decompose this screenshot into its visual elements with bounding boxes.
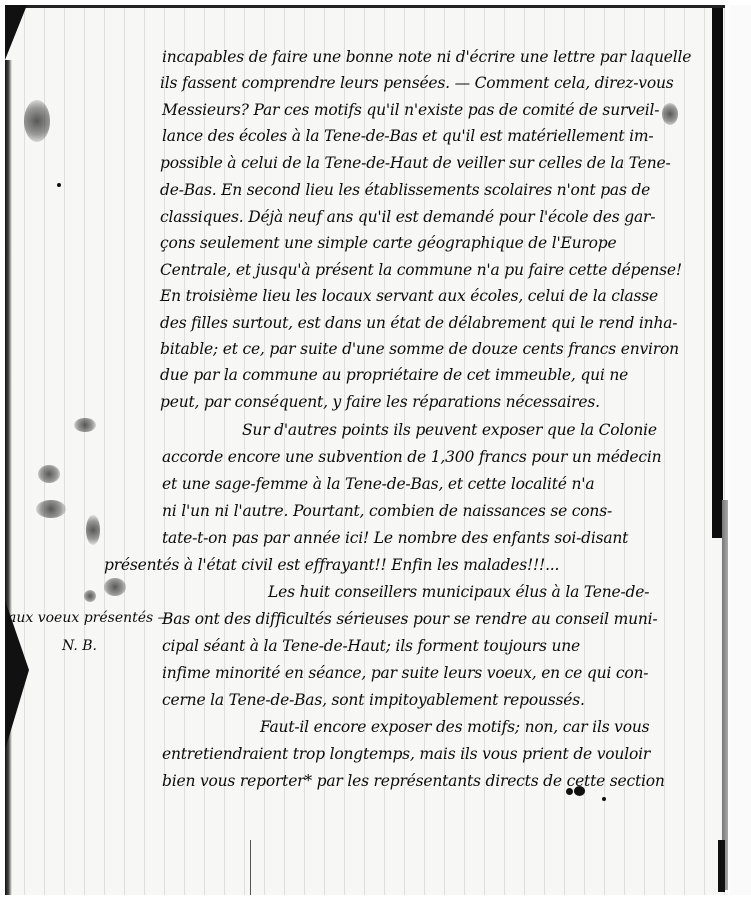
- text-line: présentés à l'état civil est effrayant!!…: [104, 550, 559, 580]
- ink-stain: [104, 578, 126, 596]
- text-line: possible à celui de la Tene-de-Haut de v…: [160, 148, 671, 178]
- text-line: peut, par conséquent, y faire les répara…: [160, 387, 600, 417]
- page-corner-shadow: [5, 5, 27, 60]
- ink-stain: [74, 418, 96, 432]
- right-edge-shadow: [712, 8, 723, 538]
- text-line: Les huit conseillers municipaux élus à l…: [268, 577, 649, 607]
- ink-stain: [38, 465, 60, 483]
- text-line: bien vous reporter* par les représentant…: [162, 766, 665, 796]
- ink-blot: [57, 183, 61, 187]
- text-line: Faut-il encore exposer des motifs; non, …: [260, 712, 649, 742]
- text-line: En troisième lieu les locaux servant aux…: [160, 281, 658, 311]
- text-line: cerne la Tene-de-Bas, sont impitoyableme…: [162, 685, 585, 715]
- text-line: cipal séant à la Tene-de-Haut; ils forme…: [162, 631, 580, 661]
- text-line: due par la commune au propriétaire de ce…: [160, 360, 628, 390]
- text-line: tate-t-on pas par année ici! Le nombre d…: [162, 523, 628, 553]
- text-line: ni l'un ni l'autre. Pourtant, combien de…: [162, 496, 612, 526]
- text-line: et une sage-femme à la Tene-de-Bas, et c…: [162, 469, 594, 499]
- ink-stain: [24, 100, 50, 142]
- right-edge-foot-shadow: [718, 840, 725, 892]
- right-edge-gutter: [722, 500, 728, 890]
- text-line: accorde encore une subvention de 1,300 f…: [162, 442, 661, 472]
- text-line: ils fassent comprendre leurs pensées. — …: [160, 68, 674, 98]
- text-line: entretiendraient trop longtemps, mais il…: [162, 739, 650, 769]
- scan-margin-strip: [730, 5, 751, 895]
- text-line: infime minorité en séance, par suite leu…: [162, 658, 648, 688]
- ink-stain: [86, 515, 100, 545]
- text-line: çons seulement une simple carte géograph…: [160, 228, 616, 258]
- ink-stain: [84, 590, 96, 602]
- text-line: de-Bas. En second lieu les établissement…: [160, 175, 650, 205]
- ink-stain: [662, 103, 678, 125]
- margin-note: aux voeux présentés —: [8, 610, 172, 626]
- margin-note-nb: N. B.: [62, 638, 97, 654]
- left-binding-edge: [5, 60, 12, 895]
- text-line: Bas ont des difficultés sérieuses pour s…: [162, 604, 657, 634]
- ink-blot: [602, 797, 606, 801]
- text-line: lance des écoles à la Tene-de-Bas et qu'…: [162, 121, 653, 151]
- fold-line: [250, 840, 251, 895]
- ink-stain: [36, 500, 66, 518]
- text-line: Sur d'autres points ils peuvent exposer …: [242, 415, 657, 445]
